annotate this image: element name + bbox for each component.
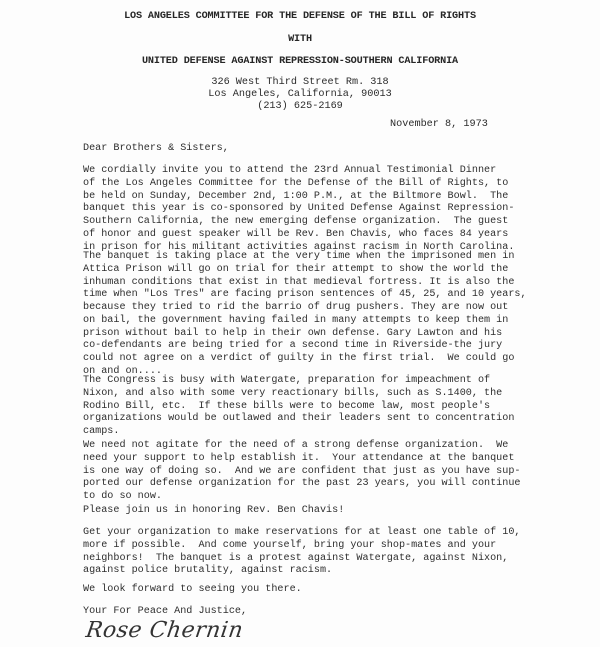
paragraph-line: could not agree on a verdict of guilty i… [83,353,583,366]
paragraph-line: ported our defense organization for the … [83,478,583,491]
paragraph-line: prison without bail to help in their own… [83,328,583,341]
signature: Rose Chernin [84,618,245,643]
paragraph-4: We need not agitate for the need of a st… [83,440,583,504]
paragraph-line: neighbors! The banquet is a protest agai… [83,553,583,566]
paragraph-line: on bail, the government having failed in… [83,315,583,328]
paragraph-line: We look forward to seeing you there. [83,584,583,597]
paragraph-line: Get your organization to make reservatio… [83,527,583,540]
closing: Your For Peace And Justice, [83,606,583,619]
paragraph-line: The banquet is taking place at the very … [83,251,583,264]
paragraph-line: Nixon, and also with some very reactiona… [83,388,583,401]
phone-number: (213) 625-2169 [0,101,600,114]
paragraph-line: Please join us in honoring Rev. Ben Chav… [83,505,583,518]
address-line-2: Los Angeles, California, 90013 [0,89,600,102]
letter-page: LOS ANGELES COMMITTEE FOR THE DEFENSE OF… [0,0,600,647]
paragraph-line: The Congress is busy with Watergate, pre… [83,375,583,388]
letterhead-org-line-2: UNITED DEFENSE AGAINST REPRESSION-SOUTHE… [0,56,600,67]
paragraph-5: Please join us in honoring Rev. Ben Chav… [83,505,583,518]
paragraph-line: inhuman conditions that exist in that me… [83,277,583,290]
paragraph-line: time when "Los Tres" are facing prison s… [83,289,583,302]
paragraph-line: Attica Prison will go on trial for their… [83,264,583,277]
paragraph-line: because they tried to rid the barrio of … [83,302,583,315]
paragraph-line: more if possible. And come yourself, bri… [83,540,583,553]
paragraph-6: Get your organization to make reservatio… [83,527,583,578]
paragraph-line: Southern California, the new emerging de… [83,216,583,229]
paragraph-line: is one way of doing so. And we are confi… [83,466,583,479]
paragraph-line: need your support to help establish it. … [83,453,583,466]
paragraph-line: camps. [83,426,583,439]
paragraph-1: We cordially invite you to attend the 23… [83,165,583,254]
salutation: Dear Brothers & Sisters, [83,143,583,156]
paragraph-7: We look forward to seeing you there. [83,584,583,597]
paragraph-line: against police brutality, against racism… [83,565,583,578]
paragraph-line: organizations would be outlawed and thei… [83,413,583,426]
address-line-1: 326 West Third Street Rm. 318 [0,77,600,90]
paragraph-line: We need not agitate for the need of a st… [83,440,583,453]
paragraph-line: of honor and guest speaker will be Rev. … [83,229,583,242]
paragraph-line: to do so now. [83,491,583,504]
paragraph-2: The banquet is taking place at the very … [83,251,583,379]
paragraph-line: We cordially invite you to attend the 23… [83,165,583,178]
paragraph-line: Rodino Bill, etc. If these bills were to… [83,401,583,414]
letter-date: November 8, 1973 [390,119,488,130]
paragraph-line: co-defendants are being tried for a seco… [83,340,583,353]
paragraph-line: of the Los Angeles Committee for the Def… [83,178,583,191]
letterhead-org-line-1: LOS ANGELES COMMITTEE FOR THE DEFENSE OF… [0,11,600,22]
paragraph-line: banquet this year is co-sponsored by Uni… [83,203,583,216]
letterhead-with: WITH [0,34,600,45]
paragraph-line: be held on Sunday, December 2nd, 1:00 P.… [83,191,583,204]
paragraph-3: The Congress is busy with Watergate, pre… [83,375,583,439]
